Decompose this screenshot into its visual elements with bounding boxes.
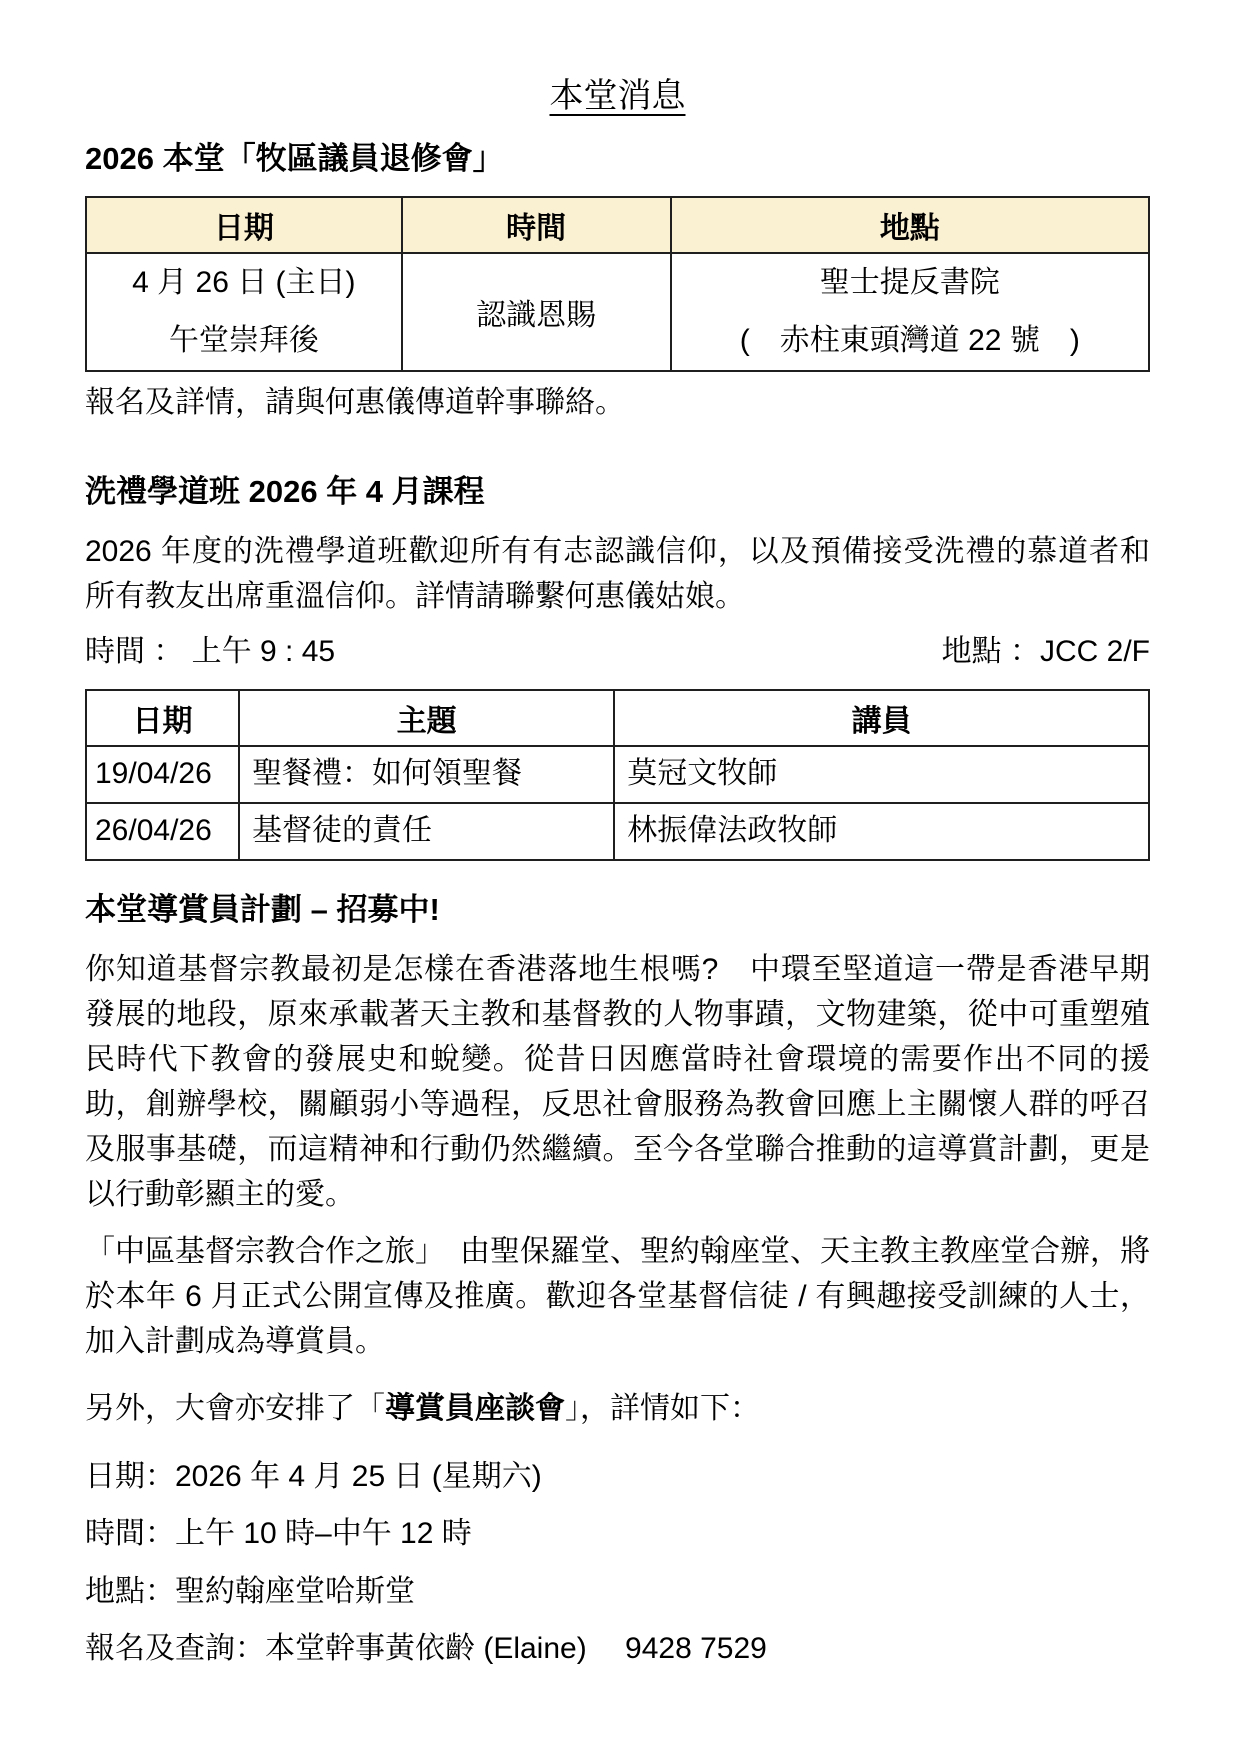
baptism-place: 地點 ：JCC 2/F xyxy=(942,631,1150,673)
baptism-row1-date: 19/04/26 xyxy=(86,746,239,803)
seminar-date: 日期：2026 年 4 月 25 日 (星期六) xyxy=(85,1455,1150,1499)
docent-section: 本堂導賞員計劃 – 招募中! 你知道基督宗教最初是怎樣在香港落地生根嗎? 中環至… xyxy=(85,889,1150,1671)
seminar-announcement: 另外，大會亦安排了「導賞員座談會」，詳情如下： xyxy=(85,1386,1150,1431)
retreat-table-header-row: 日期 時間 地點 xyxy=(86,197,1149,253)
baptism-row2-date: 26/04/26 xyxy=(86,803,239,860)
baptism-table-row: 19/04/26 聖餐禮：如何領聖餐 莫冠文牧師 xyxy=(86,746,1149,803)
baptism-table-header-row: 日期 主題 講員 xyxy=(86,690,1149,746)
baptism-table: 日期 主題 講員 19/04/26 聖餐禮：如何領聖餐 莫冠文牧師 26/04/… xyxy=(85,689,1150,861)
baptism-intro: 2026 年度的洗禮學道班歡迎所有有志認識信仰，以及預備接受洗禮的慕道者和所有教… xyxy=(85,529,1150,619)
document-page: 本堂消息 2026 本堂「牧區議員退修會」 日期 時間 地點 4 月 26 日 … xyxy=(0,0,1240,1754)
retreat-table: 日期 時間 地點 4 月 26 日 (主日) 午堂崇拜後 認識恩賜 聖士提反書院… xyxy=(85,196,1150,372)
docent-heading: 本堂導賞員計劃 – 招募中! xyxy=(85,889,1150,931)
baptism-col-speaker: 講員 xyxy=(614,690,1149,746)
baptism-col-date: 日期 xyxy=(86,690,239,746)
baptism-table-row: 26/04/26 基督徒的責任 林振偉法政牧師 xyxy=(86,803,1149,860)
retreat-col-time: 時間 xyxy=(402,197,671,253)
retreat-date-line2: 午堂崇拜後 xyxy=(87,312,401,370)
baptism-col-topic: 主題 xyxy=(239,690,614,746)
seminar-place: 地點：聖約翰座堂哈斯堂 xyxy=(85,1570,1150,1614)
page-title: 本堂消息 xyxy=(85,74,1150,118)
docent-paragraph-2: 「中區基督宗教合作之旅」 由聖保羅堂、聖約翰座堂、天主教主教座堂合辦，將於本年 … xyxy=(85,1229,1150,1364)
retreat-place-line2: ( 赤柱東頭灣道 22 號 ) xyxy=(672,312,1148,370)
seminar-prefix: 另外，大會亦安排了「 xyxy=(85,1392,385,1425)
retreat-col-date: 日期 xyxy=(86,197,402,253)
retreat-note: 報名及詳情，請與何惠儀傳道幹事聯絡。 xyxy=(85,380,1150,425)
baptism-row2-topic: 基督徒的責任 xyxy=(239,803,614,860)
baptism-row1-topic: 聖餐禮：如何領聖餐 xyxy=(239,746,614,803)
retreat-place-cell: 聖士提反書院 ( 赤柱東頭灣道 22 號 ) xyxy=(671,253,1149,371)
baptism-heading: 洗禮學道班 2026 年 4 月課程 xyxy=(85,471,1150,513)
seminar-name: 導賞員座談會 xyxy=(385,1392,565,1425)
page-title-text: 本堂消息 xyxy=(550,77,686,115)
seminar-contact: 報名及查詢：本堂幹事黃依齡 (Elaine) 9428 7529 xyxy=(85,1627,1150,1671)
retreat-table-row: 4 月 26 日 (主日) 午堂崇拜後 認識恩賜 聖士提反書院 ( 赤柱東頭灣道… xyxy=(86,253,1149,371)
retreat-place-line1: 聖士提反書院 xyxy=(672,254,1148,312)
retreat-date-cell: 4 月 26 日 (主日) 午堂崇拜後 xyxy=(86,253,402,371)
retreat-col-place: 地點 xyxy=(671,197,1149,253)
baptism-time: 時間 ： 上午 9 : 45 xyxy=(85,631,335,673)
baptism-row1-speaker: 莫冠文牧師 xyxy=(614,746,1149,803)
retreat-date-line1: 4 月 26 日 (主日) xyxy=(87,254,401,312)
baptism-row2-speaker: 林振偉法政牧師 xyxy=(614,803,1149,860)
seminar-time: 時間：上午 10 時–中午 12 時 xyxy=(85,1512,1150,1556)
seminar-suffix: 」，詳情如下： xyxy=(565,1392,760,1425)
baptism-section: 洗禮學道班 2026 年 4 月課程 2026 年度的洗禮學道班歡迎所有有志認識… xyxy=(85,471,1150,861)
retreat-heading: 2026 本堂「牧區議員退修會」 xyxy=(85,138,1150,180)
baptism-time-place-row: 時間 ： 上午 9 : 45 地點 ：JCC 2/F xyxy=(85,631,1150,673)
retreat-time-cell: 認識恩賜 xyxy=(402,253,671,371)
docent-paragraph-1: 你知道基督宗教最初是怎樣在香港落地生根嗎? 中環至堅道這一帶是香港早期發展的地段… xyxy=(85,947,1150,1217)
retreat-section: 2026 本堂「牧區議員退修會」 日期 時間 地點 4 月 26 日 (主日) xyxy=(85,138,1150,425)
